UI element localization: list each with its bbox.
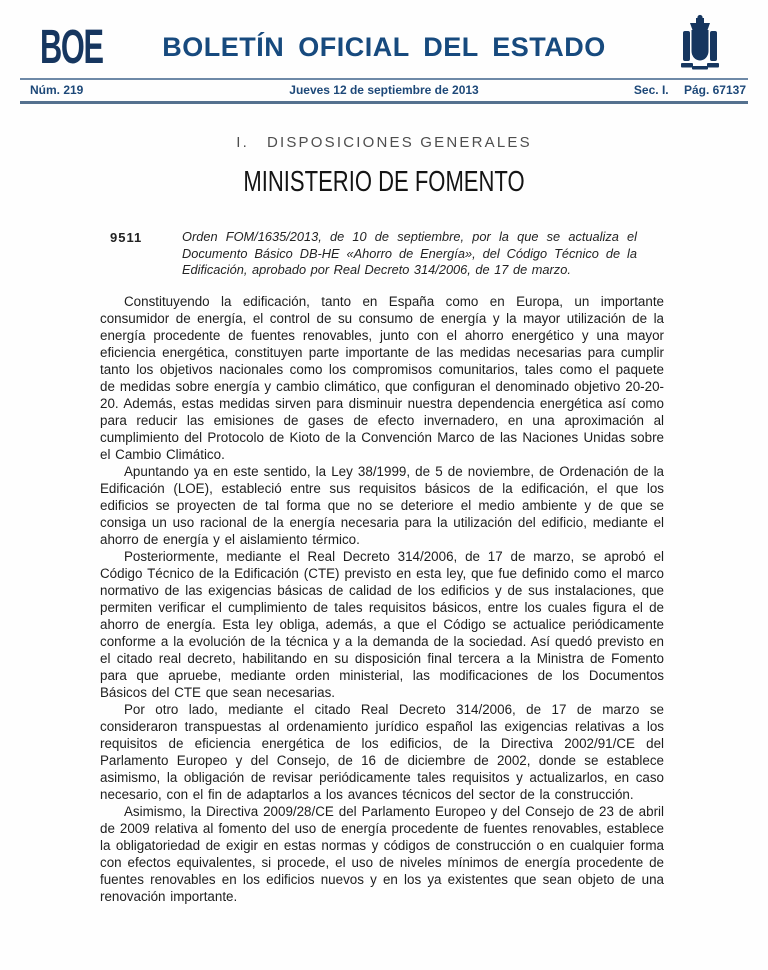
masthead: BOE BOLETÍN OFICIAL DEL ESTADO: [0, 0, 768, 78]
section-label: Sec. I.: [634, 83, 669, 97]
spain-coat-of-arms-icon: [678, 14, 722, 76]
disposition-item-header: 9511 Orden FOM/1635/2013, de 10 de septi…: [110, 229, 637, 279]
page-number-label: Pág. 67137: [684, 83, 746, 97]
body-paragraph: Por otro lado, mediante el citado Real D…: [100, 701, 664, 803]
body-paragraph: Asimismo, la Directiva 2009/28/CE del Pa…: [100, 803, 664, 905]
section-heading: I.DISPOSICIONES GENERALES: [0, 134, 768, 151]
ministry-name: MINISTERIO DE FOMENTO: [243, 166, 524, 199]
disposition-number: 9511: [110, 229, 182, 279]
boe-document-page: BOE BOLETÍN OFICIAL DEL ESTADO Núm. 219 …: [0, 0, 768, 970]
disposition-summary: Orden FOM/1635/2013, de 10 de septiembre…: [182, 229, 637, 279]
section-page-group: Sec. I. Pág. 67137: [622, 80, 746, 101]
body-paragraph: Apuntando ya en este sentido, la Ley 38/…: [100, 463, 664, 548]
section-title: DISPOSICIONES GENERALES: [267, 134, 532, 151]
document-body: Constituyendo la edificación, tanto en E…: [100, 293, 664, 905]
section-numeral: I.: [236, 134, 249, 151]
body-paragraph: Constituyendo la edificación, tanto en E…: [100, 293, 664, 463]
meta-band: Núm. 219 Jueves 12 de septiembre de 2013…: [20, 78, 748, 104]
ministry-heading: MINISTERIO DE FOMENTO: [0, 166, 768, 199]
gazette-title: BOLETÍN OFICIAL DEL ESTADO: [0, 32, 768, 63]
body-paragraph: Posteriormente, mediante el Real Decreto…: [100, 548, 664, 701]
